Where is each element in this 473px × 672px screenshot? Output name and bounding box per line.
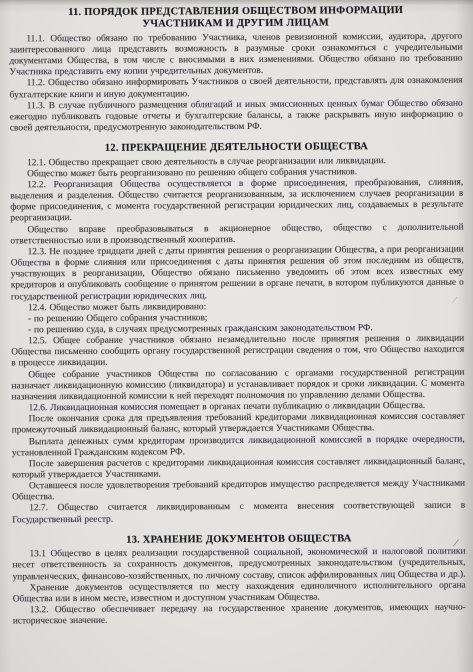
paragraph: После окончания срока для предъявления т… bbox=[12, 412, 465, 437]
paragraph: 12.7. Общество считается ликвидированным… bbox=[12, 501, 465, 526]
paragraph: После завершения расчетов с кредиторами … bbox=[12, 456, 465, 481]
paragraph: Выплата денежных сумм кредиторам произво… bbox=[12, 434, 465, 459]
paragraph: Хранение документов осуществляется по ме… bbox=[13, 580, 466, 605]
section-11: 11. ПОРЯДОК ПРЕДСТАВЛЕНИЯ ОБЩЕСТВОМ ИНФО… bbox=[9, 5, 463, 135]
paragraph: Общее собрание участников Общества по со… bbox=[11, 367, 464, 403]
scanned-document-page: 11. ПОРЯДОК ПРЕДСТАВЛЕНИЯ ОБЩЕСТВОМ ИНФО… bbox=[0, 0, 473, 672]
document-content: 11. ПОРЯДОК ПРЕДСТАВЛЕНИЯ ОБЩЕСТВОМ ИНФО… bbox=[9, 3, 466, 628]
paragraph: 12.5. Общее собрание участников обязано … bbox=[11, 334, 464, 370]
paragraph: 11.2. Общество обязано информировать Уча… bbox=[10, 76, 463, 101]
section-heading-line: 13. ХРАНЕНИЕ ДОКУМЕНТОВ ОБЩЕСТВА bbox=[12, 532, 465, 547]
paragraph: 11.3. В случае публичного размещения обл… bbox=[10, 98, 463, 134]
paragraph: 13.2. Общество обеспечивает передачу на … bbox=[13, 603, 466, 628]
section-heading-line: 12. ПРЕКРАЩЕНИЕ ДЕЯТЕЛЬНОСТИ ОБЩЕСТВА bbox=[10, 141, 463, 156]
paragraph: 12.3. Не позднее тридцати дней с даты пр… bbox=[11, 244, 464, 303]
section-heading-line: УЧАСТНИКАМ И ДРУГИМ ЛИЦАМ bbox=[9, 17, 462, 32]
paragraph: 12.2. Реорганизация Общества осуществляе… bbox=[10, 178, 463, 225]
section-13: 13. ХРАНЕНИЕ ДОКУМЕНТОВ ОБЩЕСТВА13.1 Общ… bbox=[12, 532, 466, 627]
paragraph: 11.1. Общество обязано по требованию Уча… bbox=[9, 31, 462, 78]
section-12: 12. ПРЕКРАЩЕНИЕ ДЕЯТЕЛЬНОСТИ ОБЩЕСТВА12.… bbox=[10, 141, 465, 526]
paragraph: Общество вправе преобразовываться в акци… bbox=[10, 222, 463, 247]
paragraph: 13.1 Общество в целях реализации государ… bbox=[12, 547, 465, 583]
